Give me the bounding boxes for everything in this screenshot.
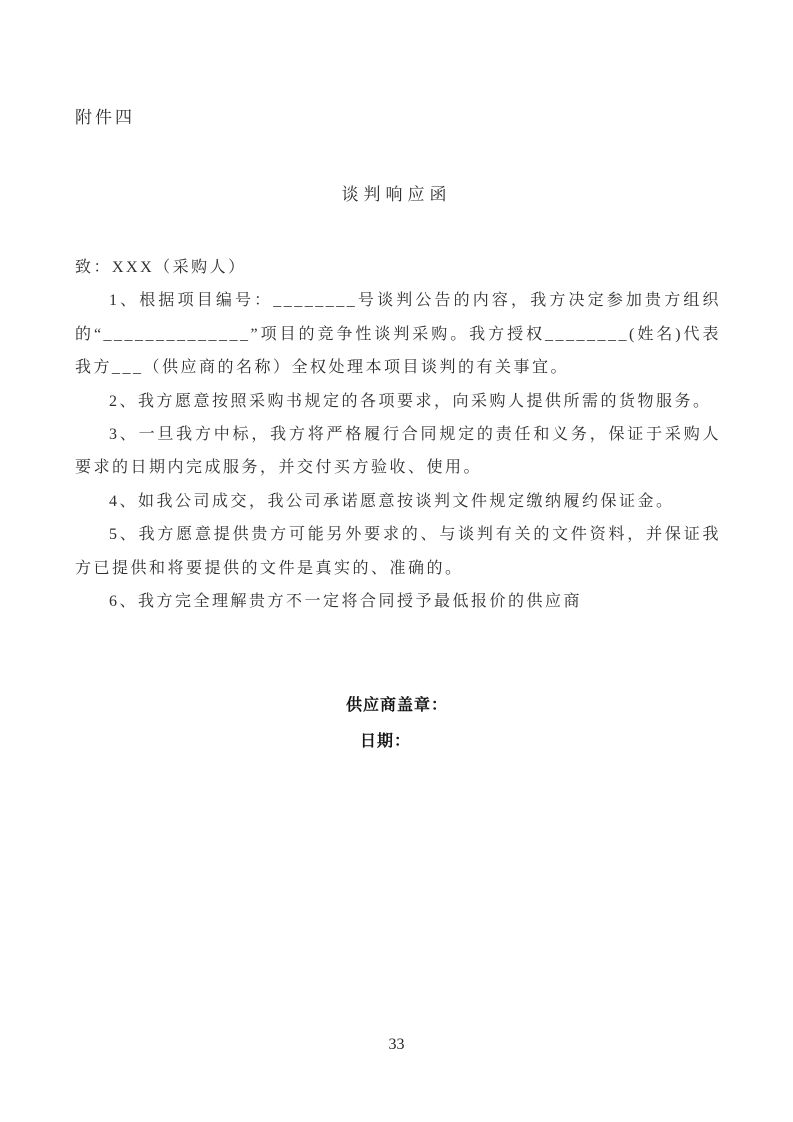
paragraph-6: 6、我方完全理解贵方不一定将合同授予最低报价的供应商 bbox=[75, 585, 721, 618]
attachment-label: 附件四 bbox=[75, 103, 135, 128]
supplier-stamp-label: 供应商盖章： bbox=[346, 696, 448, 716]
date-label: 日期： bbox=[360, 732, 448, 752]
paragraph-4: 4、如我公司成交，我公司承诺愿意按谈判文件规定缴纳履约保证金。 bbox=[75, 485, 721, 518]
salutation-line: 致：XXX（采购人） bbox=[75, 251, 721, 284]
signature-block: 供应商盖章： 日期： bbox=[346, 696, 448, 752]
document-page: 附件四 谈判响应函 致：XXX（采购人） 1、根据项目编号：________号谈… bbox=[0, 0, 793, 1122]
document-title: 谈判响应函 bbox=[0, 180, 793, 205]
paragraph-3: 3、一旦我方中标，我方将严格履行合同规定的责任和义务，保证于采购人要求的日期内完… bbox=[75, 418, 721, 485]
paragraph-5: 5、我方愿意提供贵方可能另外要求的、与谈判有关的文件资料，并保证我方已提供和将要… bbox=[75, 518, 721, 585]
paragraph-1: 1、根据项目编号：________号谈判公告的内容，我方决定参加贵方组织的“__… bbox=[75, 284, 721, 384]
paragraph-2: 2、我方愿意按照采购书规定的各项要求，向采购人提供所需的货物服务。 bbox=[75, 385, 721, 418]
page-number: 33 bbox=[0, 1036, 793, 1054]
document-body: 致：XXX（采购人） 1、根据项目编号：________号谈判公告的内容，我方决… bbox=[75, 251, 721, 618]
